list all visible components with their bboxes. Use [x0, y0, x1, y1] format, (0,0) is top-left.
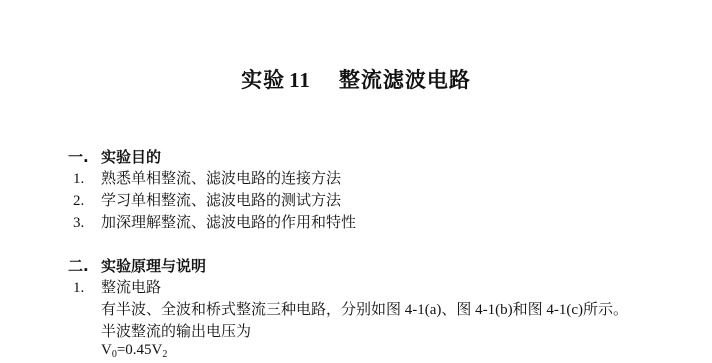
section-heading-principles: 二.实验原理与说明	[68, 255, 206, 276]
formula: V0=0.45V2	[101, 342, 167, 360]
title-number: 11	[289, 68, 311, 92]
list-item: 3.加深理解整流、滤波电路的作用和特性	[73, 211, 356, 232]
paragraph: 有半波、全波和桥式整流三种电路，分别如图 4-1(a)、图 4-1(b)和图 4…	[101, 298, 628, 319]
list-item: 2.学习单相整流、滤波电路的测试方法	[73, 189, 341, 210]
title-text: 整流滤波电路	[339, 68, 471, 92]
section-marker: 一.	[68, 146, 101, 167]
list-item: 1.熟悉单相整流、滤波电路的连接方法	[73, 167, 341, 188]
list-item: 1.整流电路	[73, 276, 161, 297]
paragraph: 半波整流的输出电压为	[101, 320, 251, 341]
section-heading-objectives: 一.实验目的	[68, 146, 161, 167]
section-marker: 二.	[68, 255, 101, 276]
section-title: 实验目的	[101, 148, 161, 166]
page-title: 实验11整流滤波电路	[0, 64, 712, 94]
title-prefix: 实验	[241, 68, 285, 92]
section-title: 实验原理与说明	[101, 257, 206, 275]
